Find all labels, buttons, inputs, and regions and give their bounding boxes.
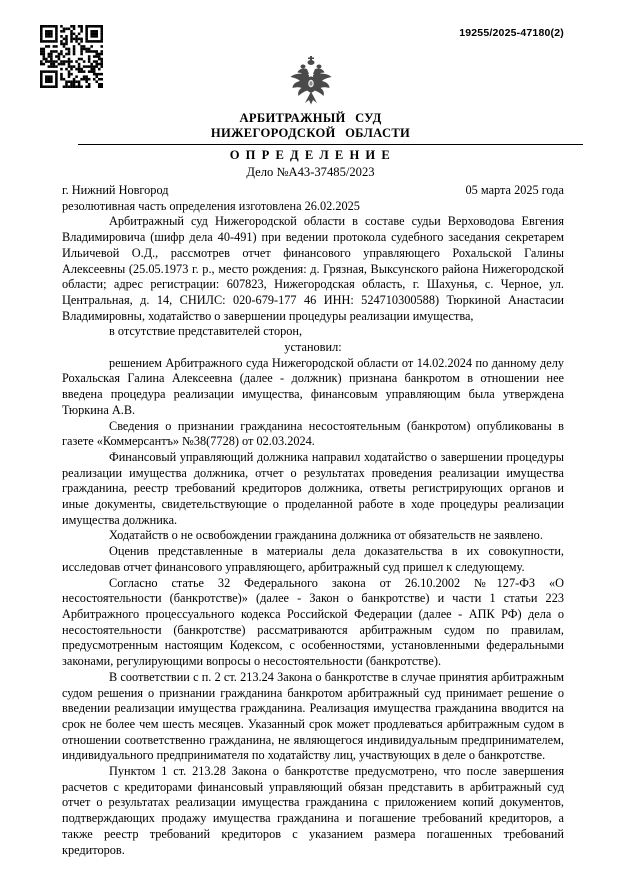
case-number: Дело №А43-37485/2023 <box>0 165 621 180</box>
body-paragraph: Пунктом 1 ст. 213.28 Закона о банкротств… <box>62 764 564 858</box>
court-name-line1: АРБИТРАЖНЫЙ СУД <box>0 111 621 126</box>
body-paragraph: Оценив представленные в материалы дела д… <box>62 544 564 575</box>
body-paragraph: В соответствии с п. 2 ст. 213.24 Закона … <box>62 670 564 764</box>
resolution-note: резолютивная часть определения изготовле… <box>62 199 564 215</box>
body-paragraph: Ходатайств о не освобождении гражданина … <box>62 528 564 544</box>
document-page: 19255/2025-47180(2) АРБИТРАЖНЫЙ <box>0 0 621 873</box>
body-paragraph: Согласно статье 32 Федерального закона о… <box>62 576 564 670</box>
place-date-row: г. Нижний Новгород 05 марта 2025 года <box>62 183 564 199</box>
body-paragraph: Сведения о признании гражданина несостоя… <box>62 419 564 450</box>
resolution-word: установил: <box>62 340 564 356</box>
body-paragraph: решением Арбитражного суда Нижегородской… <box>62 356 564 419</box>
qr-code-icon <box>40 25 103 88</box>
document-body: г. Нижний Новгород 05 марта 2025 года ре… <box>0 180 621 858</box>
document-type-title: О П Р Е Д Е Л Е Н И Е <box>0 148 621 163</box>
intro-paragraph: Арбитражный суд Нижегородской области в … <box>62 214 564 324</box>
document-registry-number: 19255/2025-47180(2) <box>459 27 564 39</box>
header-divider <box>78 144 583 145</box>
absence-line: в отсутствие представителей сторон, <box>62 324 564 340</box>
body-paragraph: Финансовый управляющий должника направил… <box>62 450 564 529</box>
city-label: г. Нижний Новгород <box>62 183 169 199</box>
date-label: 05 марта 2025 года <box>466 183 564 199</box>
coat-of-arms-icon <box>288 56 334 106</box>
court-name-line2: НИЖЕГОРОДСКОЙ ОБЛАСТИ <box>0 126 621 141</box>
